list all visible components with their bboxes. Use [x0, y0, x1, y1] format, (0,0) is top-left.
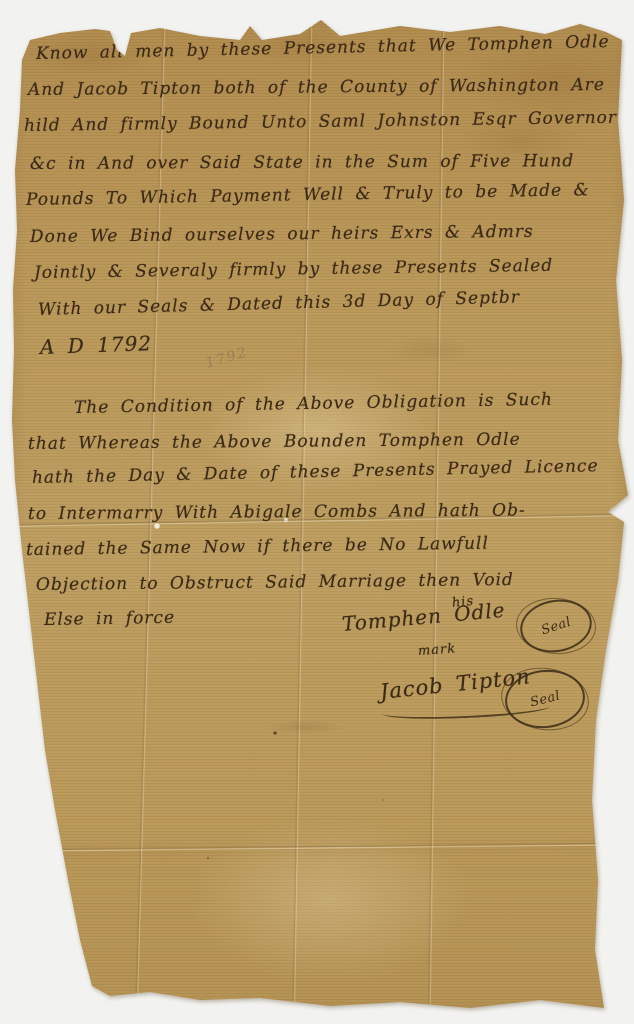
- handwritten-line: Jointly & Severaly firmly by these Prese…: [34, 256, 553, 283]
- handwritten-line: Pounds To Which Payment Well & Truly to …: [26, 180, 590, 210]
- handwritten-line: With our Seals & Dated this 3d Day of Se…: [38, 287, 520, 320]
- fold-crease-horizontal: [10, 842, 626, 852]
- pencil-annotation: 1792: [204, 344, 250, 371]
- handwritten-line: hild And firmly Bound Unto Saml Johnston…: [24, 108, 617, 136]
- handwritten-line: The Condition of the Above Obligation is…: [74, 390, 553, 418]
- seal-flourish: Seal: [516, 594, 596, 658]
- handwritten-line: Done We Bind ourselves our heirs Exrs & …: [30, 222, 534, 247]
- document-paper: Know all men by these Presents that We T…: [0, 0, 634, 1024]
- handwritten-line: tained the Same Now if there be No Lawfu…: [26, 534, 489, 560]
- handwritten-line: Know all men by these Presents that We T…: [36, 32, 610, 64]
- signature-mark-label: mark: [417, 641, 456, 659]
- handwritten-line: hath the Day & Date of these Presents Pr…: [32, 456, 599, 488]
- handwritten-date-line: A D 1792: [40, 331, 153, 359]
- handwritten-line: that Whereas the Above Bounden Tomphen O…: [28, 430, 521, 454]
- handwritten-line: to Intermarry With Abigale Combs And hat…: [28, 501, 526, 524]
- handwritten-line: And Jacob Tipton both of the County of W…: [28, 75, 605, 100]
- handwritten-line: &c in And over Said State in the Sum of …: [30, 151, 574, 174]
- document-scan: Know all men by these Presents that We T…: [0, 0, 634, 1024]
- seal-flourish: Seal: [502, 666, 588, 732]
- signature-tomphen-odle: Tomphen Odle: [341, 598, 506, 636]
- handwritten-line: Else in force: [44, 608, 175, 630]
- seal-label: Seal: [539, 614, 573, 638]
- handwritten-line: Objection to Obstruct Said Marriage then…: [36, 570, 514, 595]
- paper-shadow: Know all men by these Presents that We T…: [0, 0, 634, 1024]
